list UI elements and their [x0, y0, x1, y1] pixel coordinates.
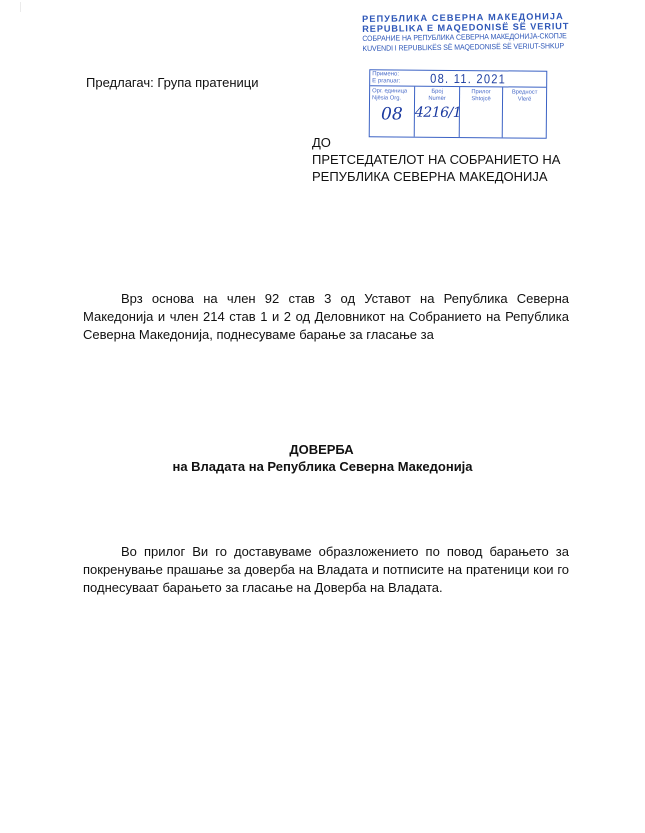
stamp-col-attachment: Прилог Shtojcë	[460, 87, 503, 137]
parliament-stamp-header: РЕПУБЛИКА СЕВЕРНА МАКЕДОНИЈА REPUBLIKA E…	[362, 11, 573, 54]
stamp-header-line: KUVENDI I REPUBLIKËS SË MAQEDONISË SË VE…	[362, 41, 555, 54]
intro-paragraph: Врз основа на член 92 став 3 од Уставот …	[83, 290, 569, 344]
stamp-col-value: 4216/1	[415, 105, 459, 121]
addressee-line: ПРЕТСЕДАТЕЛОТ НА СОБРАНИЕТО НА	[312, 151, 560, 168]
stamp-col-org-unit: Орг. единица Njësia Org. 08	[370, 86, 415, 136]
label-sq: Njësia Org.	[372, 95, 414, 102]
stamp-received-date: 08. 11. 2021	[430, 71, 506, 87]
document-title: ДОВЕРБА на Владата на Република Северна …	[0, 441, 645, 475]
title-sub: на Владата на Република Северна Македони…	[0, 458, 645, 475]
attachment-paragraph: Во прилог Ви го доставуваме образложение…	[83, 543, 569, 597]
intro-paragraph-block: Врз основа на член 92 став 3 од Уставот …	[83, 290, 569, 344]
addressee-block: ДО ПРЕТСЕДАТЕЛОТ НА СОБРАНИЕТО НА РЕПУБЛ…	[312, 134, 560, 185]
addressee-to: ДО	[312, 134, 560, 151]
stamp-col-label: Број Numër	[415, 87, 459, 102]
label-sq: Numër	[415, 95, 459, 102]
stamp-received-row: Примено: E pranuar: 08. 11. 2021	[370, 70, 546, 88]
stamp-received-label: Примено: E pranuar:	[372, 71, 400, 84]
stamp-col-number: Број Numër 4216/1	[415, 87, 460, 137]
stamp-columns: Орг. единица Njësia Org. 08 Број Numër 4…	[370, 86, 546, 138]
stamp-col-value: 08	[370, 104, 414, 124]
label-sq: E pranuar:	[372, 78, 400, 85]
stamp-col-label: Орг. единица Njësia Org.	[370, 86, 414, 101]
received-stamp: Примено: E pranuar: 08. 11. 2021 Орг. ед…	[369, 69, 548, 139]
attachment-paragraph-block: Во прилог Ви го доставуваме образложение…	[83, 543, 569, 597]
scan-artifact	[20, 2, 25, 12]
stamp-col-label: Вредност Vlerë	[503, 87, 546, 102]
stamp-col-label: Прилог Shtojcë	[460, 87, 502, 102]
label-sq: Vlerë	[503, 96, 546, 103]
title-main: ДОВЕРБА	[0, 441, 645, 458]
stamp-col-value-field: Вредност Vlerë	[503, 87, 546, 137]
label-sq: Shtojcë	[460, 96, 502, 103]
proposer-line: Предлагач: Група пратеници	[86, 75, 259, 90]
addressee-line: РЕПУБЛИКА СЕВЕРНА МАКЕДОНИЈА	[312, 168, 560, 185]
document-page: РЕПУБЛИКА СЕВЕРНА МАКЕДОНИЈА REPUBLIKA E…	[0, 0, 645, 833]
label-mk: Примено:	[372, 71, 400, 78]
